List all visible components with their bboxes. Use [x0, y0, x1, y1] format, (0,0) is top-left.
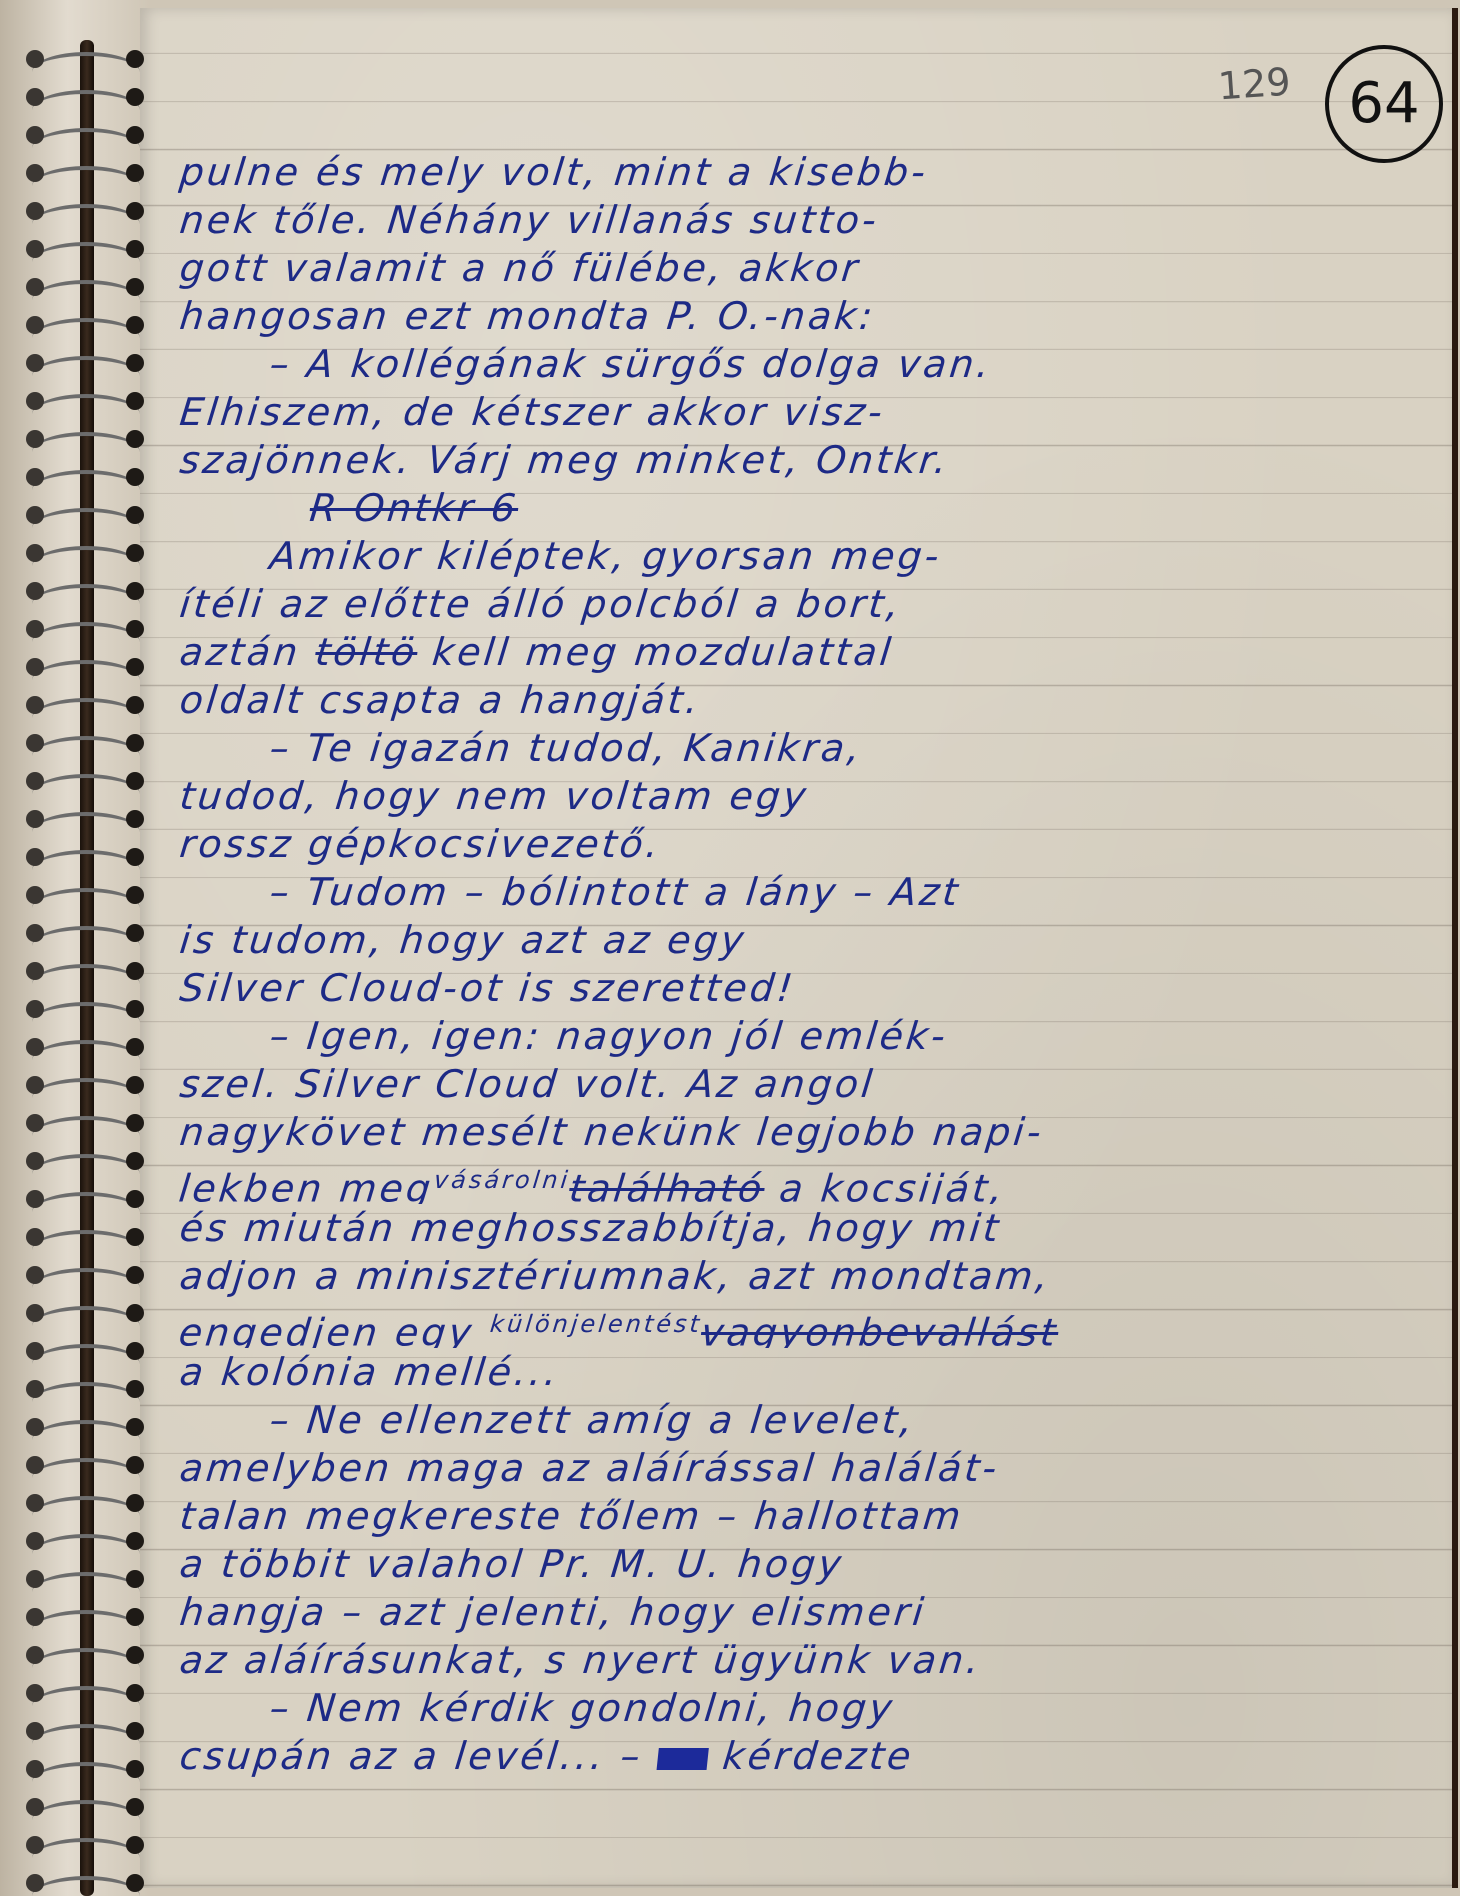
struck-text: töltö [313, 630, 419, 674]
handwritten-line: hangosan ezt mondta P. O.-nak: [177, 292, 1432, 340]
handwritten-line: ítéli az előtte álló polcból a bort, [177, 580, 1432, 628]
pencil-page-number: 129 [1217, 60, 1292, 109]
handwritten-line: pulne és mely volt, mint a kisebb- [177, 148, 1432, 196]
handwritten-line: szajönnek. Várj meg minket, Ontkr. [177, 436, 1432, 484]
handwritten-line: adjon a minisztériumnak, azt mondtam, [177, 1252, 1432, 1300]
inserted-correction: vásárolni [433, 1166, 572, 1194]
handwritten-line: csupán az a levél... – kérdezte [177, 1732, 1432, 1780]
handwritten-line: – A kollégának sürgős dolga van. [177, 340, 1432, 388]
handwritten-line: – Igen, igen: nagyon jól emlék- [177, 1012, 1432, 1060]
struck-text: található [567, 1167, 767, 1204]
handwritten-line: – Tudom – bólintott a lány – Azt [177, 868, 1432, 916]
struck-text: vagyonbevallást [699, 1311, 1061, 1348]
handwritten-line: – Ne ellenzett amíg a levelet, [177, 1396, 1432, 1444]
handwritten-line: engedjen egy különjelentéstvagyonbevallá… [177, 1300, 1432, 1348]
handwritten-line: szel. Silver Cloud volt. Az angol [177, 1060, 1432, 1108]
handwritten-line: Elhiszem, de kétszer akkor visz- [177, 388, 1432, 436]
handwritten-line: Amikor kiléptek, gyorsan meg- [177, 532, 1432, 580]
handwritten-line: oldalt csapta a hangját. [177, 676, 1432, 724]
handwritten-line: az aláírásunkat, s nyert ügyünk van. [177, 1636, 1432, 1684]
handwritten-line: is tudom, hogy azt az egy [177, 916, 1432, 964]
handwritten-line: és miután meghosszabbítja, hogy mit [177, 1204, 1432, 1252]
handwritten-line: talan megkereste tőlem – hallottam [177, 1492, 1432, 1540]
struck-text: R Ontkr 6 [308, 486, 521, 530]
handwritten-line: R Ontkr 6 [177, 484, 1432, 532]
inserted-correction: különjelentést [489, 1310, 704, 1338]
handwritten-line: amelyben maga az aláírással halálát- [177, 1444, 1432, 1492]
handwritten-line: – Te igazán tudod, Kanikra, [177, 724, 1432, 772]
handwritten-line: gott valamit a nő fülébe, akkor [177, 244, 1432, 292]
ink-blot [656, 1748, 708, 1770]
handwritten-line: hangja – azt jelenti, hogy elismeri [177, 1588, 1432, 1636]
handwritten-line: – Nem kérdik gondolni, hogy [177, 1684, 1432, 1732]
handwritten-line: aztán töltö kell meg mozdulattal [177, 628, 1432, 676]
handwritten-line: nek tőle. Néhány villanás sutto- [177, 196, 1432, 244]
handwritten-line: lekben megvásárolnitalálható a kocsiját, [177, 1156, 1432, 1204]
handwritten-line: nagykövet mesélt nekünk legjobb napi- [177, 1108, 1432, 1156]
handwritten-line: Silver Cloud-ot is szeretted! [177, 964, 1432, 1012]
handwritten-line: a kolónia mellé... [177, 1348, 1432, 1396]
handwritten-line: a többit valahol Pr. M. U. hogy [177, 1540, 1432, 1588]
circled-page-number: 64 [1325, 45, 1443, 163]
handwritten-line: tudod, hogy nem voltam egy [177, 772, 1432, 820]
handwritten-text-block: pulne és mely volt, mint a kisebb-nek tő… [180, 148, 1430, 1780]
handwritten-line: rossz gépkocsivezető. [177, 820, 1432, 868]
